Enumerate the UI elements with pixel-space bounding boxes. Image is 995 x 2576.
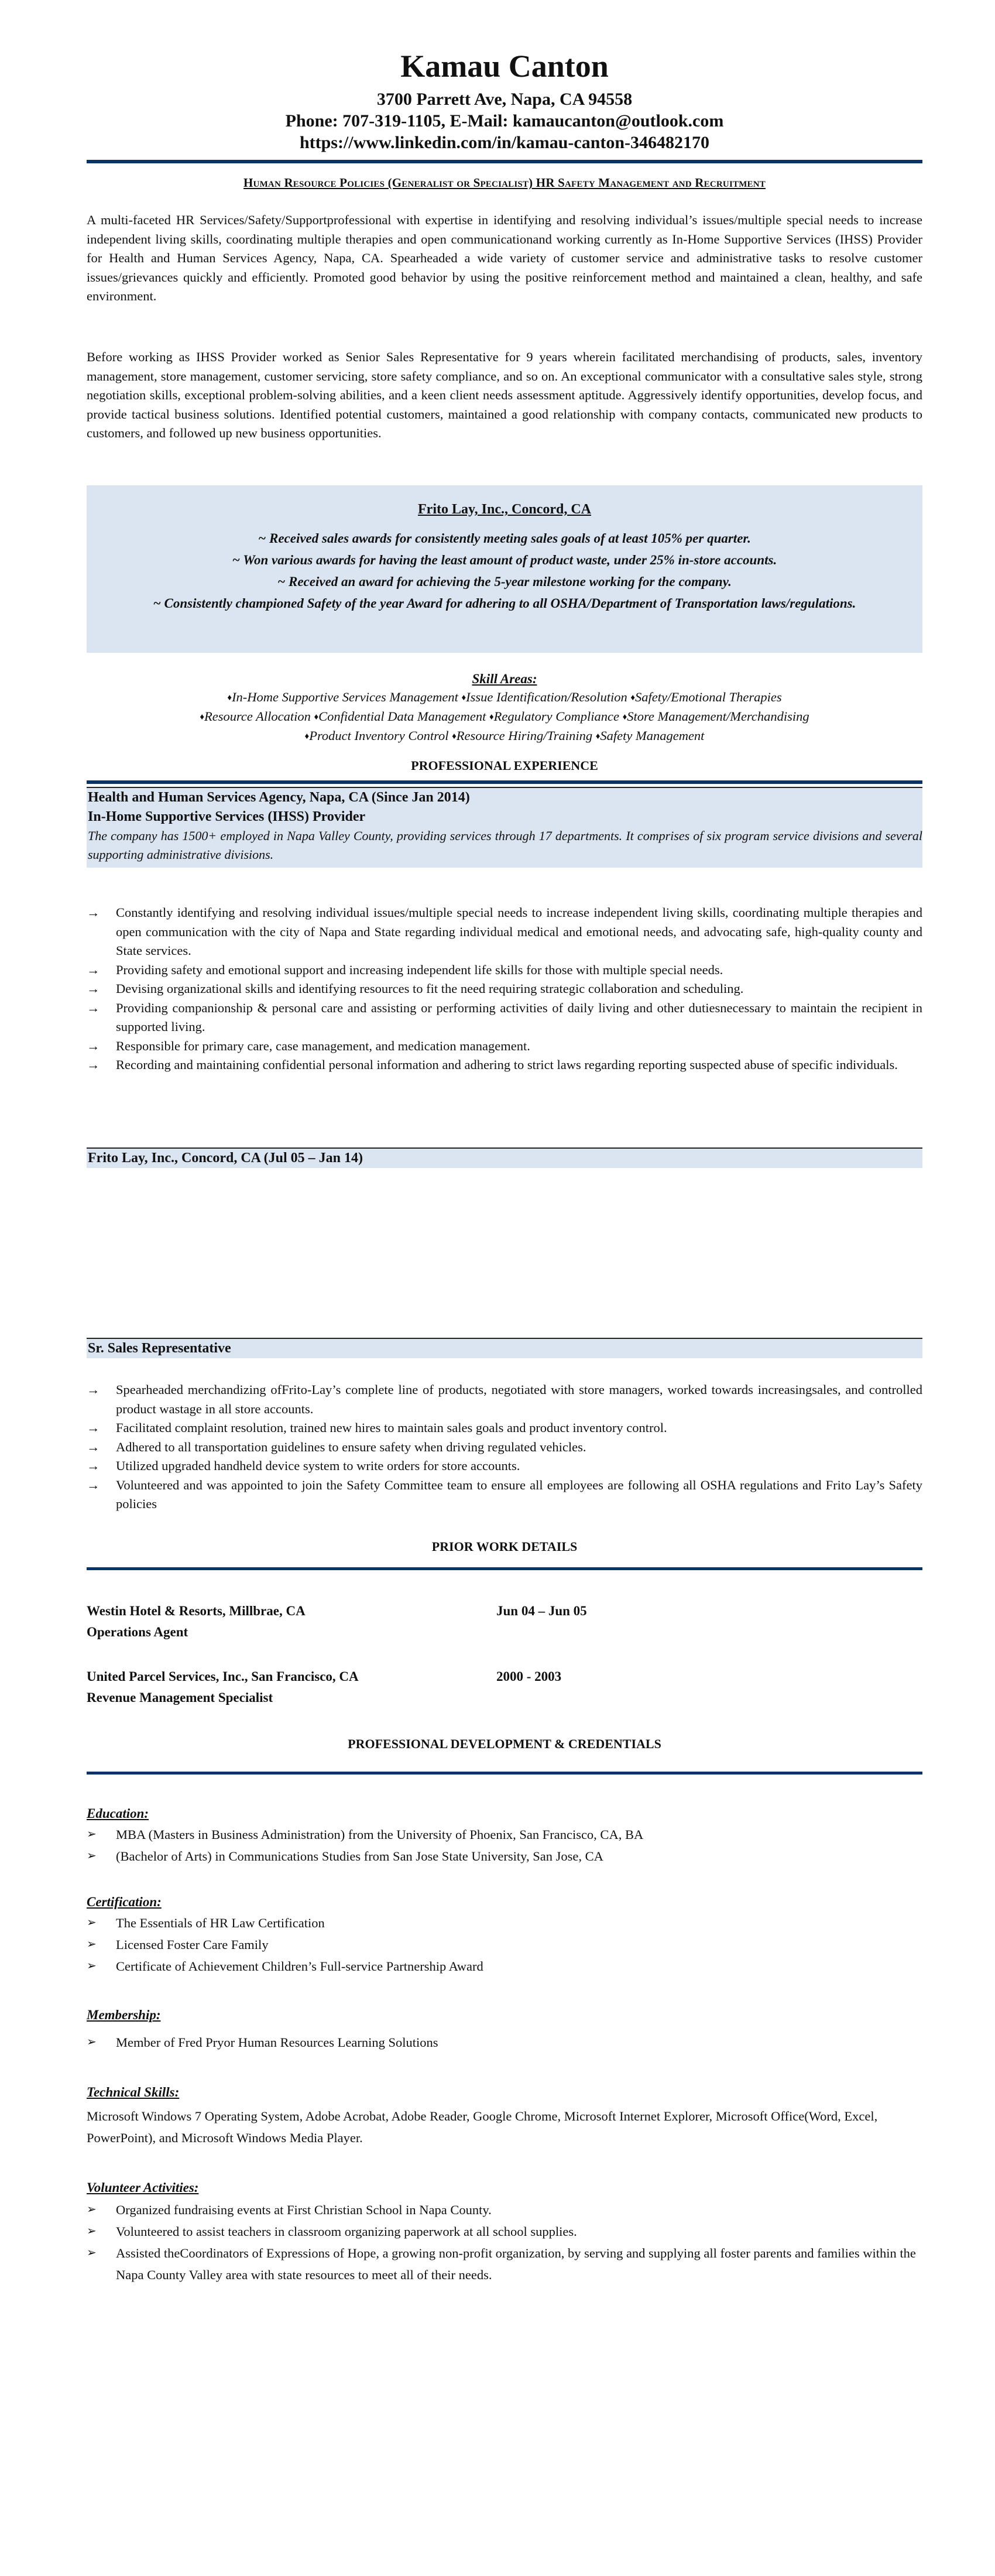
prior-work-divider [87,1567,922,1570]
skill-item: ♦Store Management/Merchandising [623,709,809,724]
diamond-bullet-icon: ♦ [452,732,457,741]
list-item-text: Adhered to all transportation guidelines… [116,1440,586,1454]
list-item-text: Constantly identifying and resolving ind… [116,905,922,958]
skill-label: Resource Allocation [204,709,311,724]
prior-dates: Jun 04 – Jun 05 [496,1601,587,1622]
chevron-bullet-icon: ➢ [87,1955,104,1977]
list-item: ➢Volunteered to assist teachers in class… [87,2221,922,2242]
chevron-bullet-icon: ➢ [87,2199,104,2221]
awards-title: Frito Lay, Inc., Concord, CA [87,502,922,518]
chevron-bullet-icon: ➢ [87,1824,104,1845]
arrow-bullet-icon: → [87,1476,104,1495]
education-heading: Education: [87,1807,149,1820]
candidate-contact: Phone: 707-319-1105, E-Mail: kamaucanton… [87,112,922,130]
list-item: ➢Organized fundraising events at First C… [87,2199,922,2221]
credentials-divider [87,1772,922,1775]
awards-list: ~ Received sales awards for consistently… [104,527,905,614]
list-item: →Adhered to all transportation guideline… [87,1438,922,1457]
summary-paragraph-1: A multi-faceted HR Services/Safety/Suppo… [87,211,922,306]
list-item-text: (Bachelor of Arts) in Communications Stu… [116,1849,603,1864]
list-item: ➢Member of Fred Pryor Human Resources Le… [87,2032,922,2053]
job-company: Frito Lay, Inc., Concord, CA (Jul 05 – J… [87,1149,922,1168]
technical-skills-heading: Technical Skills: [87,2085,179,2099]
list-item: ➢Licensed Foster Care Family [87,1934,922,1955]
chevron-bullet-icon: ➢ [87,1934,104,1955]
list-item-text: Volunteered to assist teachers in classr… [116,2224,577,2239]
list-item-text: Spearheaded merchandizing ofFrito-Lay’s … [116,1382,922,1416]
list-item-text: Devising organizational skills and ident… [116,981,743,996]
award-item: ~ Received sales awards for consistently… [104,527,905,549]
skill-item: ♦Product Inventory Control [305,728,449,743]
list-item: →Constantly identifying and resolving in… [87,903,922,961]
job-description: The company has 1500+ employed in Napa V… [87,827,922,864]
list-item-text: MBA (Masters in Business Administration)… [116,1827,643,1842]
list-item: →Responsible for primary care, case mana… [87,1037,922,1056]
skill-label: Safety Management [600,728,704,743]
list-item-text: Responsible for primary care, case manag… [116,1039,530,1053]
technical-skills-text: Microsoft Windows 7 Operating System, Ad… [87,2105,922,2149]
prior-role: Operations Agent [87,1622,922,1643]
list-item-text: Utilized upgraded handheld device system… [116,1458,520,1473]
job-company: Health and Human Services Agency, Napa, … [87,788,922,807]
chevron-bullet-icon: ➢ [87,2032,104,2053]
skill-label: Safety/Emotional Therapies [635,690,782,704]
prior-work-section-title: PRIOR WORK DETAILS [87,1540,922,1553]
list-item: ➢MBA (Masters in Business Administration… [87,1824,922,1845]
list-item-text: The Essentials of HR Law Certification [116,1916,325,1930]
arrow-bullet-icon: → [87,903,104,923]
arrow-bullet-icon: → [87,961,104,980]
arrow-bullet-icon: → [87,1457,104,1476]
chevron-bullet-icon: ➢ [87,2242,104,2264]
prior-work-entry: Westin Hotel & Resorts, Millbrae, CA Ope… [87,1601,922,1643]
prior-role: Revenue Management Specialist [87,1687,922,1708]
certification-list: ➢The Essentials of HR Law Certification➢… [87,1912,922,1977]
job-role-header-frito-lay: Sr. Sales Representative [87,1338,922,1358]
job-bullets-frito-lay: →Spearheaded merchandizing ofFrito-Lay’s… [87,1381,922,1514]
candidate-name: Kamau Canton [87,50,922,82]
skill-item: ♦Resource Hiring/Training [452,728,592,743]
skill-label: Product Inventory Control [309,728,448,743]
diamond-bullet-icon: ♦ [314,712,318,722]
list-item: →Providing companionship & personal care… [87,999,922,1037]
chevron-bullet-icon: ➢ [87,2221,104,2242]
list-item: ➢(Bachelor of Arts) in Communications St… [87,1845,922,1867]
linkedin-link[interactable]: https://www.linkedin.com/in/kamau-canton… [87,134,922,152]
membership-list: ➢Member of Fred Pryor Human Resources Le… [87,2032,922,2053]
list-item-text: Certificate of Achievement Children’s Fu… [116,1959,483,1974]
job-header-frito-lay: Frito Lay, Inc., Concord, CA (Jul 05 – J… [87,1147,922,1168]
skill-label: Confidential Data Management [318,709,486,724]
arrow-bullet-icon: → [87,1037,104,1056]
list-item: →Devising organizational skills and iden… [87,979,922,999]
summary-paragraph-2: Before working as IHSS Provider worked a… [87,348,922,443]
list-item: →Volunteered and was appointed to join t… [87,1476,922,1514]
membership-heading: Membership: [87,2008,161,2022]
list-item: →Utilized upgraded handheld device syste… [87,1457,922,1476]
arrow-bullet-icon: → [87,999,104,1018]
list-item: ➢Certificate of Achievement Children’s F… [87,1955,922,1977]
award-item: ~ Consistently championed Safety of the … [104,592,905,614]
job-role: In-Home Supportive Services (IHSS) Provi… [87,807,922,827]
job-bullets-hhsa: →Constantly identifying and resolving in… [87,903,922,1075]
list-item: ➢Assisted theCoordinators of Expressions… [87,2242,922,2286]
prior-work-entry: United Parcel Services, Inc., San Franci… [87,1666,922,1708]
chevron-bullet-icon: ➢ [87,1845,104,1867]
arrow-bullet-icon: → [87,1381,104,1400]
award-item: ~ Received an award for achieving the 5-… [104,571,905,592]
skill-item: ♦Issue Identification/Resolution [461,690,627,704]
experience-divider [87,780,922,784]
professional-tagline: Human Resource Policies (Generalist or S… [87,176,922,190]
job-role: Sr. Sales Representative [87,1339,922,1358]
volunteer-heading: Volunteer Activities: [87,2181,198,2194]
diamond-bullet-icon: ♦ [630,693,635,703]
skill-item: ♦Regulatory Compliance [489,709,619,724]
list-item: →Facilitated complaint resolution, train… [87,1419,922,1438]
candidate-address: 3700 Parrett Ave, Napa, CA 94558 [87,91,922,108]
skill-item: ♦Safety/Emotional Therapies [630,690,781,704]
list-item-text: Providing companionship & personal care … [116,1001,922,1034]
skill-item: ♦Confidential Data Management [314,709,486,724]
list-item-text: Member of Fred Pryor Human Resources Lea… [116,2035,438,2050]
header-divider [87,160,922,163]
list-item: ➢The Essentials of HR Law Certification [87,1912,922,1934]
awards-box: Frito Lay, Inc., Concord, CA ~ Received … [87,485,922,653]
experience-section-title: PROFESSIONAL EXPERIENCE [87,759,922,772]
diamond-bullet-icon: ♦ [489,712,494,722]
prior-dates: 2000 - 2003 [496,1666,561,1687]
diamond-bullet-icon: ♦ [200,712,204,722]
arrow-bullet-icon: → [87,979,104,999]
skill-label: Store Management/Merchandising [627,709,809,724]
skill-item: ♦In-Home Supportive Services Management [227,690,458,704]
skill-label: In-Home Supportive Services Management [232,690,458,704]
list-item-text: Volunteered and was appointed to join th… [116,1478,922,1512]
skill-item: ♦Safety Management [596,728,705,743]
arrow-bullet-icon: → [87,1056,104,1075]
list-item: →Spearheaded merchandizing ofFrito-Lay’s… [87,1381,922,1419]
credentials-section-title: PROFESSIONAL DEVELOPMENT & CREDENTIALS [87,1738,922,1751]
skill-label: Regulatory Compliance [494,709,619,724]
list-item-text: Organized fundraising events at First Ch… [116,2202,492,2217]
skills-title: Skill Areas: [87,672,922,687]
diamond-bullet-icon: ♦ [461,693,466,703]
arrow-bullet-icon: → [87,1419,104,1438]
award-item: ~ Won various awards for having the leas… [104,549,905,571]
list-item-text: Licensed Foster Care Family [116,1937,269,1952]
list-item: →Recording and maintaining confidential … [87,1056,922,1075]
diamond-bullet-icon: ♦ [227,693,232,703]
arrow-bullet-icon: → [87,1438,104,1457]
job-header-hhsa: Health and Human Services Agency, Napa, … [87,787,922,868]
chevron-bullet-icon: ➢ [87,1912,104,1934]
skill-label: Issue Identification/Resolution [466,690,627,704]
list-item-text: Facilitated complaint resolution, traine… [116,1420,667,1435]
education-list: ➢MBA (Masters in Business Administration… [87,1824,922,1867]
skill-item: ♦Resource Allocation [200,709,311,724]
list-item-text: Providing safety and emotional support a… [116,962,723,977]
volunteer-list: ➢Organized fundraising events at First C… [87,2199,922,2286]
skill-label: Resource Hiring/Training [457,728,592,743]
certification-heading: Certification: [87,1895,162,1909]
list-item: →Providing safety and emotional support … [87,961,922,980]
list-item-text: Recording and maintaining confidential p… [116,1057,898,1072]
list-item-text: Assisted theCoordinators of Expressions … [116,2246,916,2282]
skills-list: ♦In-Home Supportive Services Management … [98,688,911,746]
